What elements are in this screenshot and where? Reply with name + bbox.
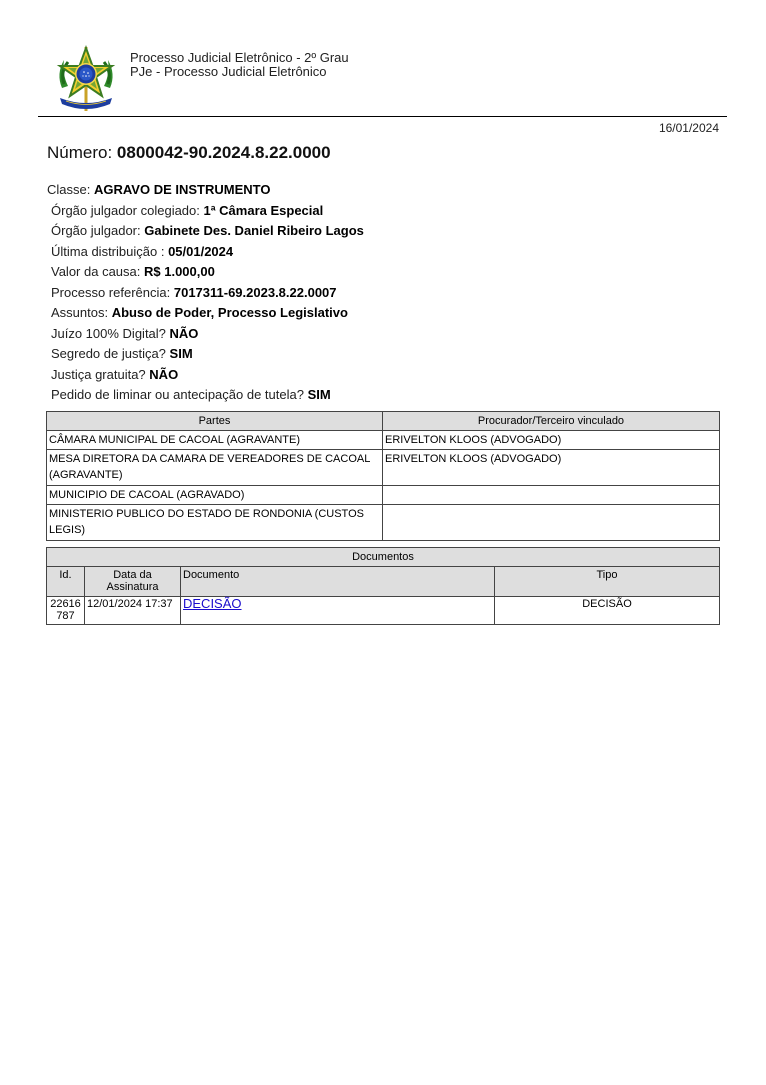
table-row: CÂMARA MUNICIPAL DE CACOAL (AGRAVANTE) E… — [47, 431, 720, 450]
header-system-subtitle: PJe - Processo Judicial Eletrônico — [130, 65, 349, 79]
field-segredo-justica: Segredo de justiça? SIM — [47, 344, 364, 365]
table-row: MUNICIPIO DE CACOAL (AGRAVADO) — [47, 486, 720, 505]
parte-cell: MINISTERIO PUBLICO DO ESTADO DE RONDONIA… — [47, 505, 383, 541]
field-value: 1ª Câmara Especial — [204, 203, 324, 218]
field-classe: Classe: AGRAVO DE INSTRUMENTO — [47, 180, 364, 201]
header-id: Id. — [47, 567, 85, 597]
document-header: Processo Judicial Eletrônico - 2º Grau P… — [38, 40, 727, 117]
table-row: MINISTERIO PUBLICO DO ESTADO DE RONDONIA… — [47, 505, 720, 541]
field-label: Valor da causa: — [51, 264, 140, 279]
documentos-header-row: Id. Data da Assinatura Documento Tipo — [47, 567, 720, 597]
partes-header-row: Partes Procurador/Terceiro vinculado — [47, 412, 720, 431]
header-partes: Partes — [47, 412, 383, 431]
field-ultima-distribuicao: Última distribuição : 05/01/2024 — [47, 242, 364, 263]
header-documento: Documento — [181, 567, 495, 597]
field-assuntos: Assuntos: Abuso de Poder, Processo Legis… — [47, 303, 364, 324]
documentos-title-row: Documentos — [47, 548, 720, 567]
field-value: AGRAVO DE INSTRUMENTO — [94, 182, 270, 197]
field-pedido-liminar: Pedido de liminar ou antecipação de tute… — [47, 385, 364, 406]
field-label: Órgão julgador: — [51, 223, 141, 238]
field-value: Abuso de Poder, Processo Legislativo — [112, 305, 348, 320]
brazil-coat-of-arms-icon — [54, 44, 118, 114]
document-id-cell: 22616 787 — [47, 597, 85, 625]
partes-table: Partes Procurador/Terceiro vinculado CÂM… — [46, 411, 720, 541]
document-id-part: 787 — [49, 610, 82, 622]
documentos-title: Documentos — [47, 548, 720, 567]
header-data-assinatura: Data da Assinatura — [85, 567, 181, 597]
field-value: R$ 1.000,00 — [144, 264, 215, 279]
field-valor-causa: Valor da causa: R$ 1.000,00 — [47, 262, 364, 283]
field-value: NÃO — [170, 326, 199, 341]
field-label: Classe: — [47, 182, 90, 197]
header-system-title: Processo Judicial Eletrônico - 2º Grau — [130, 51, 349, 65]
procurador-cell — [383, 486, 720, 505]
field-label: Pedido de liminar ou antecipação de tute… — [51, 387, 304, 402]
field-label: Assuntos: — [51, 305, 108, 320]
field-value: NÃO — [149, 367, 178, 382]
field-value: SIM — [308, 387, 331, 402]
process-number-label: Número: — [47, 143, 112, 162]
parte-cell: MUNICIPIO DE CACOAL (AGRAVADO) — [47, 486, 383, 505]
field-label: Processo referência: — [51, 285, 170, 300]
document-link[interactable]: DECISÃO — [183, 596, 242, 611]
document-id-part: 22616 — [49, 598, 82, 610]
process-number: Número: 0800042-90.2024.8.22.0000 — [47, 143, 331, 163]
documentos-table: Documentos Id. Data da Assinatura Docume… — [46, 547, 720, 625]
field-label: Justiça gratuita? — [51, 367, 146, 382]
parte-cell: MESA DIRETORA DA CAMARA DE VEREADORES DE… — [47, 450, 383, 486]
field-juizo-digital: Juízo 100% Digital? NÃO — [47, 324, 364, 345]
process-number-value: 0800042-90.2024.8.22.0000 — [117, 143, 331, 162]
parte-cell: CÂMARA MUNICIPAL DE CACOAL (AGRAVANTE) — [47, 431, 383, 450]
document-name-cell: DECISÃO — [181, 597, 495, 625]
process-fields: Classe: AGRAVO DE INSTRUMENTO Órgão julg… — [47, 180, 364, 406]
document-date-cell: 12/01/2024 17:37 — [85, 597, 181, 625]
field-value: Gabinete Des. Daniel Ribeiro Lagos — [144, 223, 364, 238]
field-label: Segredo de justiça? — [51, 346, 166, 361]
field-label: Órgão julgador colegiado: — [51, 203, 200, 218]
field-processo-referencia: Processo referência: 7017311-69.2023.8.2… — [47, 283, 364, 304]
table-row: MESA DIRETORA DA CAMARA DE VEREADORES DE… — [47, 450, 720, 486]
field-value: 7017311-69.2023.8.22.0007 — [174, 285, 337, 300]
field-label: Juízo 100% Digital? — [51, 326, 166, 341]
field-justica-gratuita: Justiça gratuita? NÃO — [47, 365, 364, 386]
procurador-cell: ERIVELTON KLOOS (ADVOGADO) — [383, 450, 720, 486]
procurador-cell: ERIVELTON KLOOS (ADVOGADO) — [383, 431, 720, 450]
procurador-cell — [383, 505, 720, 541]
field-label: Última distribuição : — [51, 244, 164, 259]
field-value: SIM — [170, 346, 193, 361]
field-value: 05/01/2024 — [168, 244, 233, 259]
document-type-cell: DECISÃO — [495, 597, 720, 625]
field-orgao-colegiado: Órgão julgador colegiado: 1ª Câmara Espe… — [47, 201, 364, 222]
header-procurador: Procurador/Terceiro vinculado — [383, 412, 720, 431]
print-date: 16/01/2024 — [659, 121, 719, 135]
header-tipo: Tipo — [495, 567, 720, 597]
table-row: 22616 787 12/01/2024 17:37 DECISÃO DECIS… — [47, 597, 720, 625]
field-orgao-julgador: Órgão julgador: Gabinete Des. Daniel Rib… — [47, 221, 364, 242]
